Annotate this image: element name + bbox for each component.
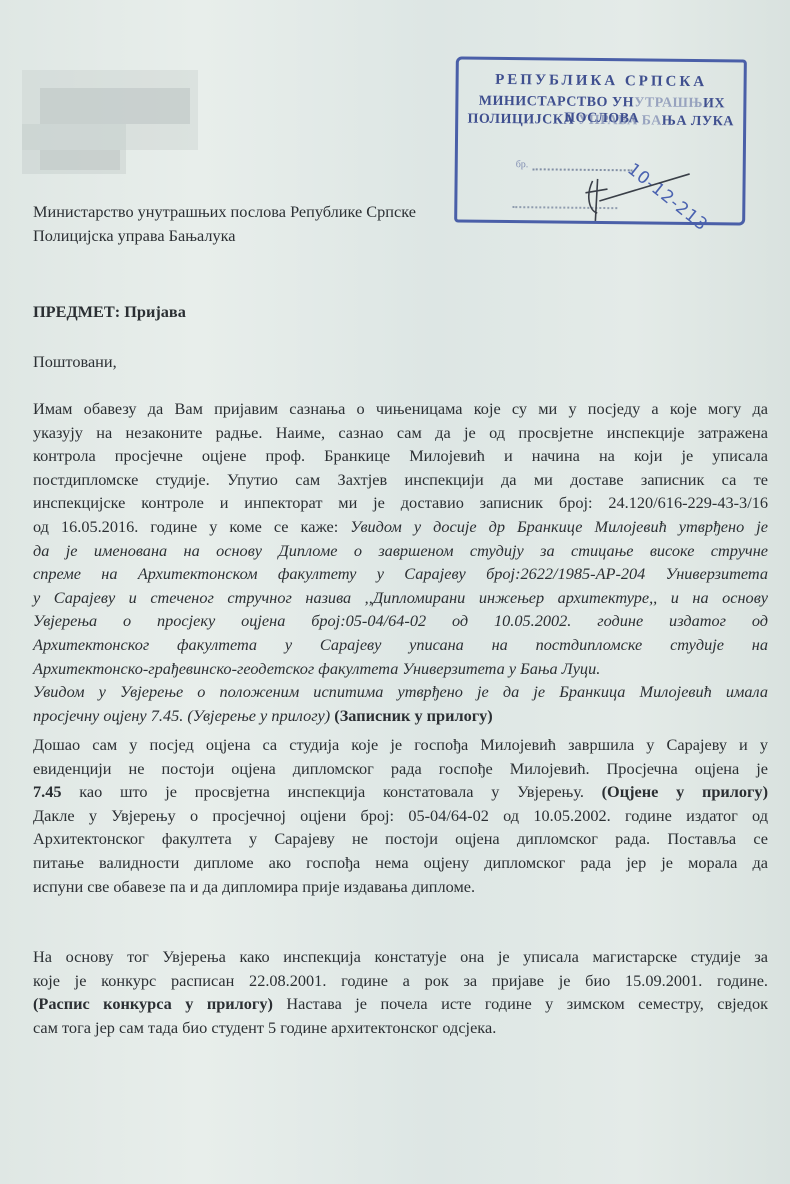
text-line: указују на незаконите радње. Наиме, сазн… [33, 421, 768, 445]
text-line: контрола просјечне оцјене проф. Бранкице… [33, 444, 768, 468]
scanned-letter-page: РЕПУБЛИКА СРПСКА МИНИСТАРСТВО УНУТРАШЊИХ… [0, 0, 790, 1184]
text-line: у Сарајеву и стеченог стручног назива ,,… [33, 586, 768, 610]
text-line: Имам обавезу да Вам пријавим сазнања о ч… [33, 397, 768, 421]
subject-line: ПРЕДМЕТ: Пријава [33, 300, 768, 324]
text-line: од 16.05.2016. године у коме се каже: Ув… [33, 515, 768, 539]
text-line: Увидом у Увјерење о положеним испитима у… [33, 680, 768, 704]
text-line: Архитектонског факултета у Сарајеву не п… [33, 827, 768, 851]
text-line: спреме на Архитектонском факултету у Сар… [33, 562, 768, 586]
text-line: (Распис конкурса у прилогу) Настава је п… [33, 992, 768, 1016]
text-line: евиденцији не постоји оцјена дипломског … [33, 757, 768, 781]
text-line: Дошао сам у посјед оцјена са студија кој… [33, 733, 768, 757]
text-line: испуни све обавезе па и да дипломира при… [33, 875, 768, 899]
paragraph-2: Дошао сам у посјед оцјена са студија кој… [33, 733, 768, 898]
text-line: Архитектонског факултета у Сарајеву упис… [33, 633, 768, 657]
text-line: просјечну оцјену 7.45. (Увјерење у прило… [33, 704, 768, 728]
text-line: које је конкурс расписан 22.08.2001. год… [33, 969, 768, 993]
text-line: На основу тог Увјерења како инспекција к… [33, 945, 768, 969]
text-line: сам тога јер сам тада био студент 5 годи… [33, 1016, 768, 1040]
text-line: инспекцијске контроле и инпекторат ми је… [33, 491, 768, 515]
paragraph-1: Имам обавезу да Вам пријавим сазнања о ч… [33, 397, 768, 727]
handwritten-signature-icon [457, 60, 744, 223]
text-line: Дакле у Увјерењу о просјечној оцјени бро… [33, 804, 768, 828]
text-line: Увјерења о просјеку оцјена број:05-04/64… [33, 609, 768, 633]
recipient-police-department: Полицијска управа Бањалука [33, 224, 768, 248]
text-line: да је именована на основу Дипломе о завр… [33, 539, 768, 563]
recipient-ministry: Министарство унутрашњих послова Републик… [33, 200, 768, 224]
text-line: Архитектонско-грађевинско-геодетског фак… [33, 657, 768, 681]
redacted-sender-block [22, 70, 214, 174]
greeting: Поштовани, [33, 350, 768, 374]
paragraph-3: На основу тог Увјерења како инспекција к… [33, 945, 768, 1039]
text-line: питање валидности дипломе ако госпођа не… [33, 851, 768, 875]
recipient-address: Министарство унутрашњих послова Републик… [33, 200, 768, 247]
text-line: постдипломске студије. Упутио сам Захтје… [33, 468, 768, 492]
text-line: 7.45 као што је просвјетна инспекција ко… [33, 780, 768, 804]
